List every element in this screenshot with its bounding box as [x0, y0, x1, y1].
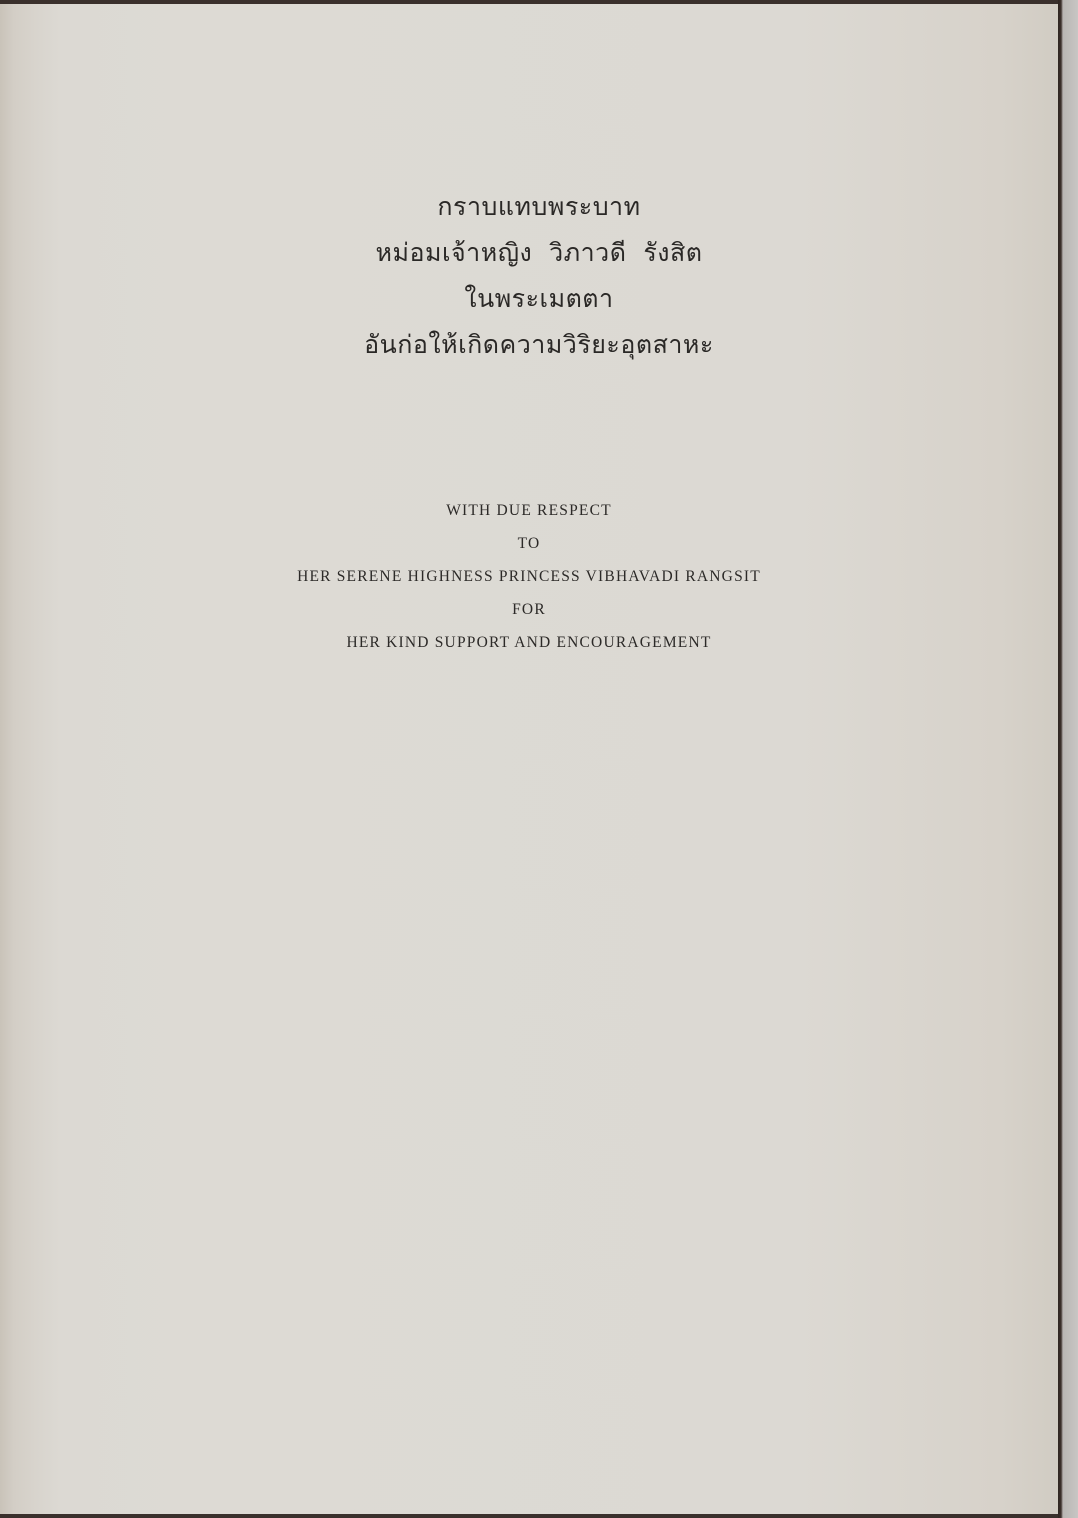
- book-page: กราบแทบพระบาท หม่อมเจ้าหญิง วิภาวดี รังส…: [0, 4, 1058, 1514]
- thai-line-2: หม่อมเจ้าหญิง วิภาวดี รังสิต: [0, 230, 1078, 276]
- english-line-4: FOR: [0, 593, 1058, 626]
- english-dedication: WITH DUE RESPECT TO HER SERENE HIGHNESS …: [0, 494, 1058, 659]
- thai-line-1: กราบแทบพระบาท: [0, 184, 1078, 230]
- thai-line-3: ในพระเมตตา: [0, 276, 1078, 322]
- english-line-5: HER KIND SUPPORT AND ENCOURAGEMENT: [0, 626, 1058, 659]
- book-edge: [1058, 0, 1078, 1518]
- english-line-3: HER SERENE HIGHNESS PRINCESS VIBHAVADI R…: [0, 560, 1058, 593]
- english-line-1: WITH DUE RESPECT: [0, 494, 1058, 527]
- thai-dedication: กราบแทบพระบาท หม่อมเจ้าหญิง วิภาวดี รังส…: [0, 184, 1078, 368]
- english-line-2: TO: [0, 527, 1058, 560]
- thai-line-4: อันก่อให้เกิดความวิริยะอุตสาหะ: [0, 322, 1078, 368]
